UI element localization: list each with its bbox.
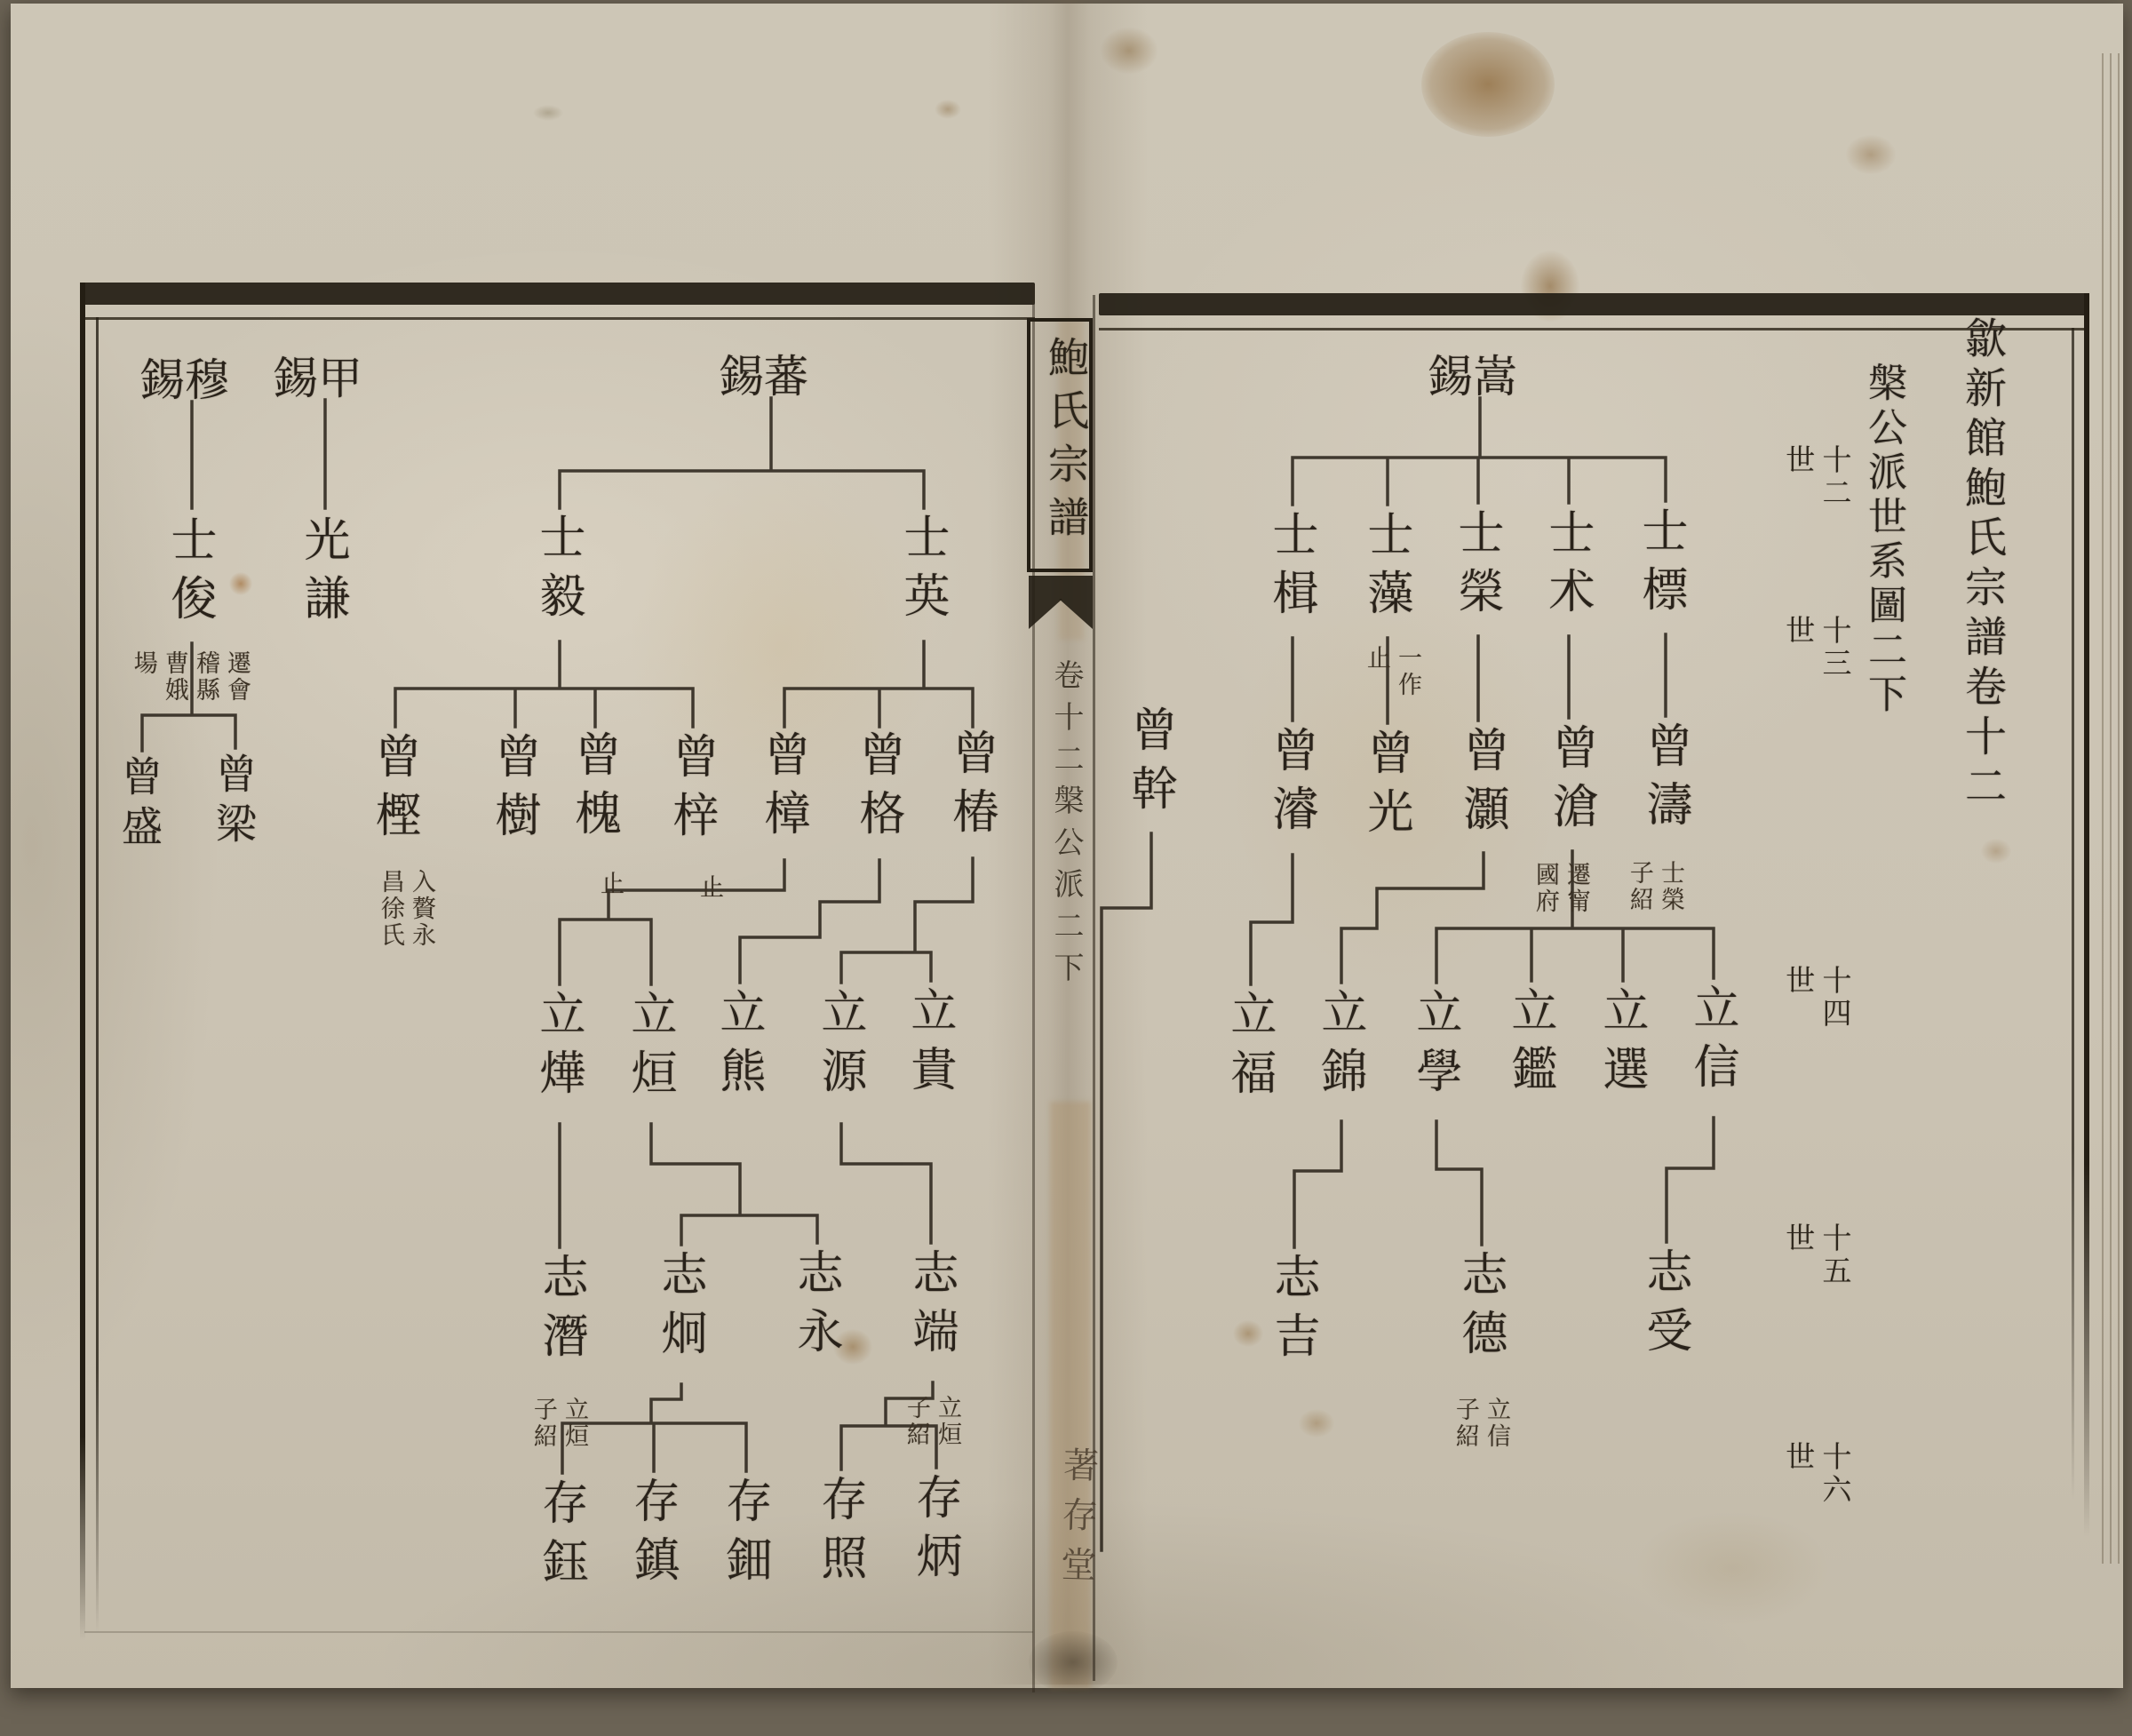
tree-node-li-xiong: 立熊 — [715, 988, 761, 1105]
tree-node-li-gui: 立貴 — [906, 986, 952, 1103]
tree-node-zeng-jian: 曾樫 — [370, 732, 417, 849]
tree-node-li-xuan2: 立選 — [1598, 986, 1644, 1103]
node-label: 錫蕃 — [720, 341, 808, 405]
generation-label-13: 十三世 — [1780, 615, 1854, 684]
tree-node-mu-xi: 錫穆 — [140, 345, 229, 409]
tree-node-shi-zao: 士藻 — [1363, 510, 1409, 627]
tree-node-zhi-shou: 志受 — [1642, 1247, 1688, 1365]
note-zeng-huai: 止 — [593, 871, 625, 901]
note-shi-jun: 遷會稽縣曹娥場 — [131, 650, 252, 709]
tree-node-zeng-shu: 曾樹 — [490, 732, 537, 849]
tree-node-zeng-sheng: 曾盛 — [119, 755, 160, 855]
note-shi-zao: 一作止 — [1352, 645, 1423, 704]
note-zhi-de: 立信子紹 — [1448, 1397, 1512, 1455]
tree-node-li-jian: 立鑑 — [1507, 986, 1553, 1103]
scanned-genealogy-spread: 鮑氏宗譜 卷十二槃公派二下 著存堂 — [0, 0, 2132, 1736]
tree-node-zeng-zhang: 曾樟 — [760, 730, 806, 848]
tree-node-jia-xi: 錫甲 — [274, 343, 362, 407]
tree-node-cun-bing: 存炳 — [911, 1473, 958, 1590]
tree-node-zeng-gan: 曾幹 — [1126, 705, 1173, 823]
tree-node-li-xuan: 立烜 — [626, 990, 672, 1107]
tree-node-zeng-guang: 曾光 — [1363, 729, 1409, 846]
tree-node-zhi-jiong: 志炯 — [656, 1250, 703, 1367]
tree-node-song-xi: 錫嵩 — [1428, 341, 1517, 405]
generation-label-12: 十二世 — [1780, 444, 1854, 514]
tree-node-cun-zhen: 存鎮 — [629, 1477, 675, 1594]
tree-node-zhi-duan: 志端 — [908, 1248, 954, 1366]
tree-node-cun-zhao: 存照 — [816, 1475, 863, 1592]
tree-node-zhi-de: 志德 — [1457, 1250, 1503, 1367]
tree-node-fan-xi: 錫蕃 — [720, 341, 808, 405]
tree-node-zeng-tao: 曾濤 — [1642, 721, 1688, 839]
generation-label-16: 十六世 — [1780, 1441, 1854, 1510]
note-zhi-duan: 立烜子紹 — [899, 1395, 963, 1453]
generation-label-15: 十五世 — [1780, 1222, 1854, 1292]
tree-node-li-yuan: 立源 — [816, 988, 863, 1105]
tree-node-li-xue: 立學 — [1412, 988, 1458, 1105]
tree-node-shi-ying: 士英 — [899, 513, 945, 630]
tree-node-li-xin: 立信 — [1689, 983, 1735, 1101]
tree-node-shi-shu: 士术 — [1544, 508, 1590, 625]
tree-node-shi-rong: 士榮 — [1453, 508, 1500, 625]
tree-node-zeng-chun: 曾椿 — [948, 729, 994, 846]
tree-node-zeng-hao: 曾灝 — [1459, 726, 1505, 843]
tree-node-cun-yu: 存鈺 — [537, 1478, 584, 1596]
note-zeng-jian: 入贅永昌徐氏 — [373, 869, 437, 958]
tree-node-zhi-yong: 志永 — [792, 1248, 839, 1366]
node-label: 錫穆 — [140, 345, 229, 409]
tree-node-li-jin: 立錦 — [1317, 988, 1363, 1105]
tree-node-zeng-liang: 曾梁 — [213, 753, 254, 852]
tree-node-zeng-ge: 曾格 — [855, 730, 901, 848]
tree-node-shi-jun: 士俊 — [166, 515, 212, 633]
tree-node-shi-ji: 士楫 — [1268, 510, 1314, 627]
tree-node-shi-biao: 士標 — [1637, 506, 1683, 624]
note-zeng-tao: 士榮子紹 — [1615, 860, 1686, 919]
tree-node-zhi-ji: 志吉 — [1269, 1253, 1316, 1370]
node-label: 錫嵩 — [1428, 341, 1517, 405]
tree-node-zeng-zi: 曾梓 — [668, 732, 714, 849]
tree-node-guang-qian: 光謙 — [299, 515, 346, 633]
tree-node-shi-yi: 士毅 — [535, 513, 581, 630]
tree-node-zeng-cang: 曾滄 — [1547, 723, 1594, 840]
tree-node-cun-dian: 存鈿 — [721, 1477, 768, 1594]
tree-node-zeng-huai: 曾槐 — [570, 730, 617, 848]
note-zeng-cang: 遷甯國府 — [1521, 862, 1592, 920]
note-zeng-zi: 止 — [693, 874, 725, 904]
tree-node-li-ye: 立燁 — [535, 990, 581, 1107]
tree-node-li-fu: 立福 — [1226, 990, 1272, 1107]
margin-outer-title: 歙新館鮑氏宗譜卷十二 — [1953, 316, 2012, 814]
note-zhi-qian: 立烜子紹 — [526, 1397, 590, 1455]
tree-node-zhi-qian: 志潛 — [537, 1253, 584, 1370]
margin-inner-title: 槃公派世系圖二下 — [1855, 362, 1912, 718]
node-label: 錫甲 — [274, 343, 362, 407]
tree-node-zeng-jun: 曾濬 — [1268, 726, 1314, 843]
generation-label-14: 十四世 — [1780, 965, 1854, 1034]
